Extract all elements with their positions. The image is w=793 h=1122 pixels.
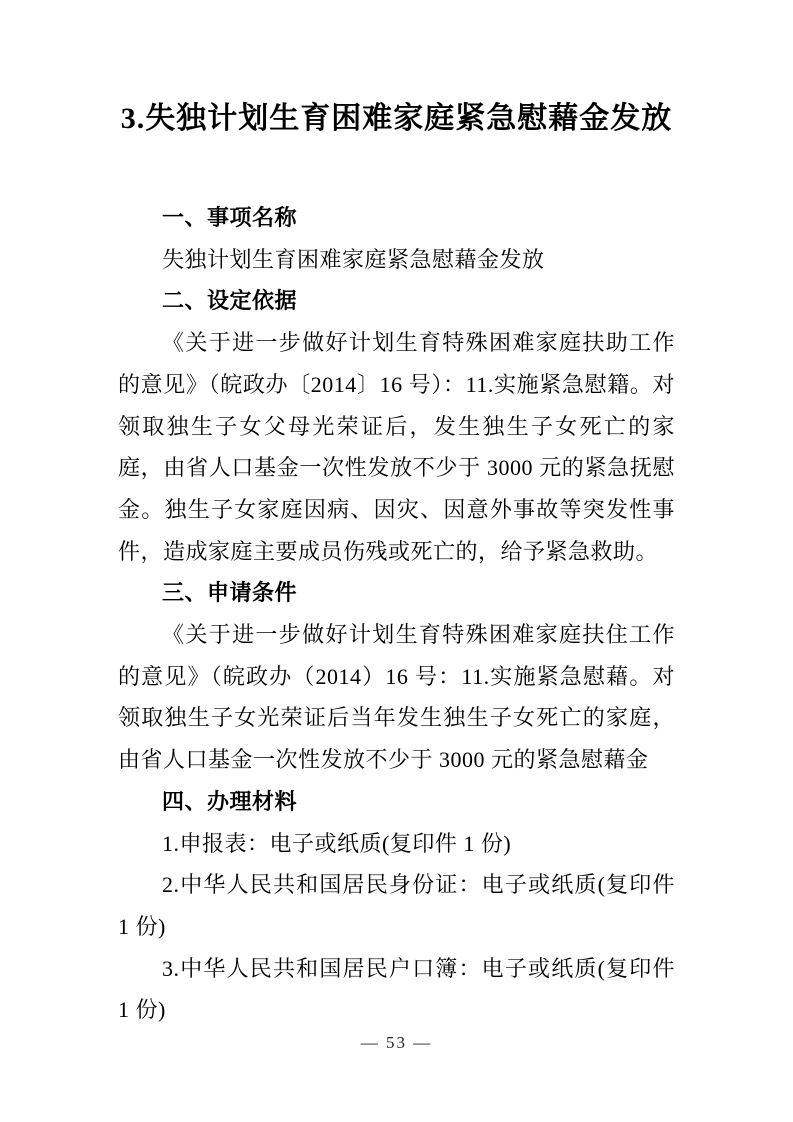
- section-item-name: 一、事项名称 失独计划生育困难家庭紧急慰藉金发放: [118, 197, 675, 280]
- paragraph: 失独计划生育困难家庭紧急慰藉金发放: [118, 239, 675, 281]
- paragraph: 《关于进一步做好计划生育特殊困难家庭扶住工作的意见》（皖政办（2014）16 号…: [118, 614, 675, 781]
- section-heading-required-materials: 四、办理材料: [118, 781, 675, 823]
- section-heading-item-name: 一、事项名称: [118, 197, 675, 239]
- section-legal-basis: 二、设定依据 《关于进一步做好计划生育特殊困难家庭扶助工作的意见》（皖政办〔20…: [118, 280, 675, 572]
- section-heading-legal-basis: 二、设定依据: [118, 280, 675, 322]
- page-number: — 53 —: [0, 1033, 793, 1053]
- document-page: 3.失独计划生育困难家庭紧急慰藉金发放 一、事项名称 失独计划生育困难家庭紧急慰…: [0, 0, 793, 1122]
- material-item: 1.申报表：电子或纸质(复印件 1 份): [118, 823, 675, 865]
- paragraph: 《关于进一步做好计划生育特殊困难家庭扶助工作的意见》（皖政办〔2014〕16 号…: [118, 322, 675, 572]
- document-title: 3.失独计划生育困难家庭紧急慰藉金发放: [118, 97, 675, 141]
- material-item: 2.中华人民共和国居民身份证：电子或纸质(复印件 1 份): [118, 864, 675, 947]
- section-application-conditions: 三、申请条件 《关于进一步做好计划生育特殊困难家庭扶住工作的意见》（皖政办（20…: [118, 572, 675, 781]
- section-heading-application-conditions: 三、申请条件: [118, 572, 675, 614]
- document-content: 3.失独计划生育困难家庭紧急慰藉金发放 一、事项名称 失独计划生育困难家庭紧急慰…: [118, 97, 675, 1031]
- material-item: 3.中华人民共和国居民户口簿：电子或纸质(复印件 1 份): [118, 948, 675, 1031]
- section-required-materials: 四、办理材料 1.申报表：电子或纸质(复印件 1 份) 2.中华人民共和国居民身…: [118, 781, 675, 1031]
